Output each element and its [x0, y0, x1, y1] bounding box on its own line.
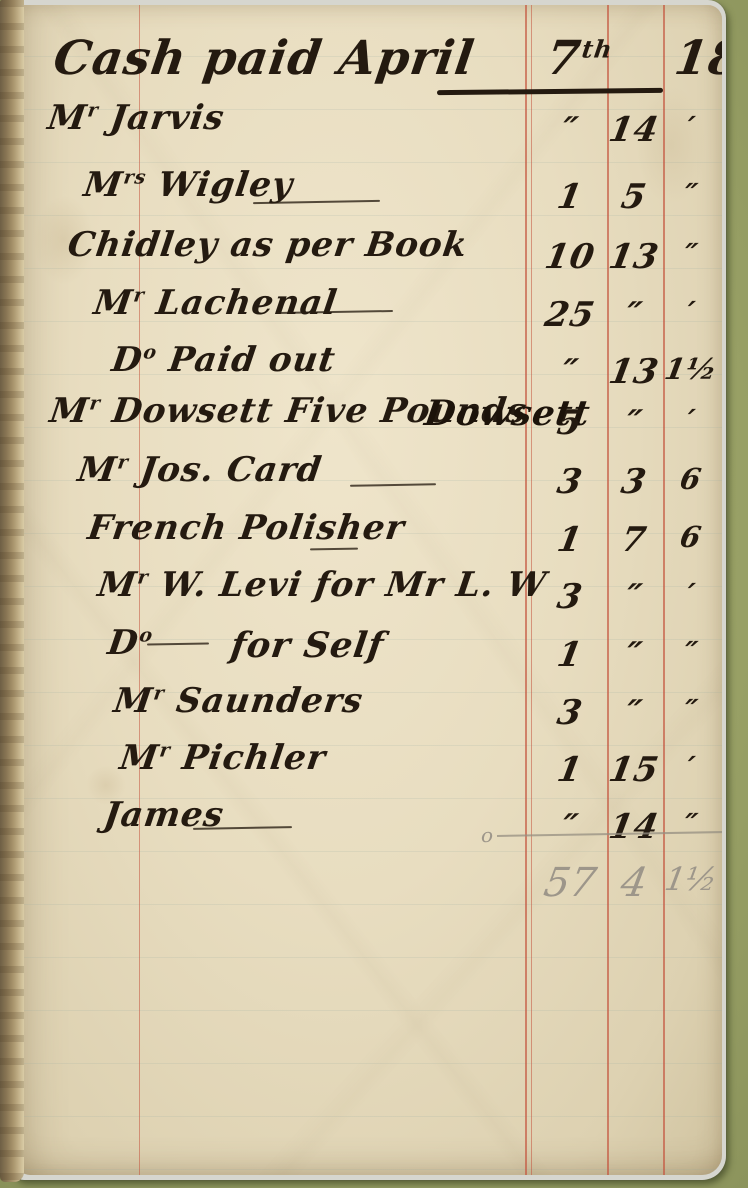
book-photo: Cash paid April 7th 1849 Mr Jarvis ″ 14 …: [0, 0, 748, 1188]
amount-pence: ′: [662, 110, 720, 144]
payee-name: Mr W. Levi for Mr L. W: [95, 565, 549, 605]
ledger-row: James ″ 14 ″: [16, 795, 722, 855]
amount-shillings: 14: [605, 110, 662, 150]
ledger-row: Mr Saunders 3 ″ ″: [16, 681, 722, 741]
amount-pounds: ″: [530, 110, 609, 150]
amount-pounds: ″: [530, 352, 609, 392]
ledger-row: Mr Pichler 1 15 ′: [16, 738, 722, 798]
amount-pounds: 1: [530, 520, 609, 560]
amount-pounds: 10: [530, 237, 609, 277]
amount-pence: ′: [662, 295, 720, 329]
amount-shillings: 15: [605, 750, 662, 790]
book-binding: [0, 0, 24, 1182]
amount-shillings: ″: [605, 403, 662, 443]
amount-shillings: ″: [605, 635, 662, 675]
total-pounds: 57: [530, 860, 610, 906]
amount-pounds: 1: [530, 750, 609, 790]
ledger-row: Mr Lachenal 25 ″ ′: [16, 283, 722, 343]
amount-pounds: 3: [530, 462, 609, 502]
ledger-row: French Polisher 1 7 6: [16, 508, 722, 568]
amount-shillings: ″: [605, 577, 662, 617]
fill-dash: [310, 548, 358, 551]
amount-pence: ″: [662, 635, 720, 669]
amount-shillings: 13: [605, 237, 662, 277]
pencil-total-row: 57 4 1½: [16, 848, 722, 908]
total-shillings: 4: [605, 860, 663, 906]
fill-dash: [147, 642, 209, 645]
payee-name: Mr Saunders: [111, 681, 366, 721]
amount-pence: ′: [662, 403, 720, 437]
ledger-row: Mrs Wigley 1 5 ″: [16, 165, 722, 225]
payee-name: Mr Jarvis: [45, 98, 227, 138]
fill-dash: [350, 483, 436, 487]
amount-pounds: 1: [530, 635, 609, 675]
ledger-page: Cash paid April 7th 1849 Mr Jarvis ″ 14 …: [16, 5, 722, 1175]
ledger-row: Do for Self 1 ″ ″: [16, 623, 722, 683]
ledger-row: Mr Jarvis ″ 14 ′: [16, 98, 722, 158]
pencil-circle-mark: o: [481, 823, 493, 847]
amount-shillings: ″: [605, 693, 662, 733]
amount-pence: ″: [662, 693, 720, 727]
year-underline: [437, 88, 663, 95]
ledger-row: Mr Jos. Card 3 3 6: [16, 450, 722, 510]
ledger-row: Mr W. Levi for Mr L. W 3 ″ ′: [16, 565, 722, 625]
page-title: Cash paid April 7th 1849: [54, 31, 722, 86]
amount-shillings: 7: [605, 520, 662, 560]
amount-shillings: 14: [605, 807, 662, 847]
payee-name: Chidley as per Book: [65, 225, 470, 265]
title-day: 7th: [543, 31, 615, 86]
fill-dash: [193, 826, 292, 830]
amount-pounds: 3: [530, 693, 609, 733]
amount-pounds: 3: [530, 577, 609, 617]
amount-shillings: ″: [605, 295, 662, 335]
amount-pounds: ″: [530, 807, 609, 847]
amount-pounds: 5: [530, 403, 609, 443]
payee-name: French Polisher: [85, 508, 407, 548]
amount-pounds: 25: [530, 295, 609, 335]
amount-pence: ″: [662, 807, 720, 841]
total-pence: 1½: [662, 860, 721, 898]
title-year: 1849: [672, 31, 722, 86]
ledger-row: Mr Dowsett Five Pounds Dowsett 5 ″ ′: [16, 391, 722, 451]
payee-name: Mr Lachenal: [91, 283, 340, 323]
amount-pence: 6: [662, 462, 720, 496]
payee-name: Mrs Wigley: [81, 165, 295, 205]
amount-shillings: 3: [605, 462, 662, 502]
amount-pence: ″: [662, 177, 720, 211]
payee-name: Mr Jos. Card: [75, 450, 324, 490]
amount-pence: 6: [662, 520, 720, 554]
payee-name: Mr Pichler: [117, 738, 328, 778]
amount-pence: ′: [662, 750, 720, 784]
ledger-photo: { "document": { "kind": "handwritten cas…: [0, 0, 748, 1188]
amount-pence: ′: [662, 577, 720, 611]
payee-name: Do Paid out: [109, 340, 338, 380]
amount-pounds: 1: [530, 177, 609, 217]
amount-shillings: 13: [605, 352, 662, 392]
ledger-row: Chidley as per Book 10 13 ″: [16, 225, 722, 285]
amount-pence: 1½: [662, 352, 720, 386]
title-text: Cash paid April: [50, 31, 478, 86]
amount-shillings: 5: [605, 177, 662, 217]
amount-pence: ″: [662, 237, 720, 271]
payee-name-suffix: for Self: [228, 625, 387, 666]
